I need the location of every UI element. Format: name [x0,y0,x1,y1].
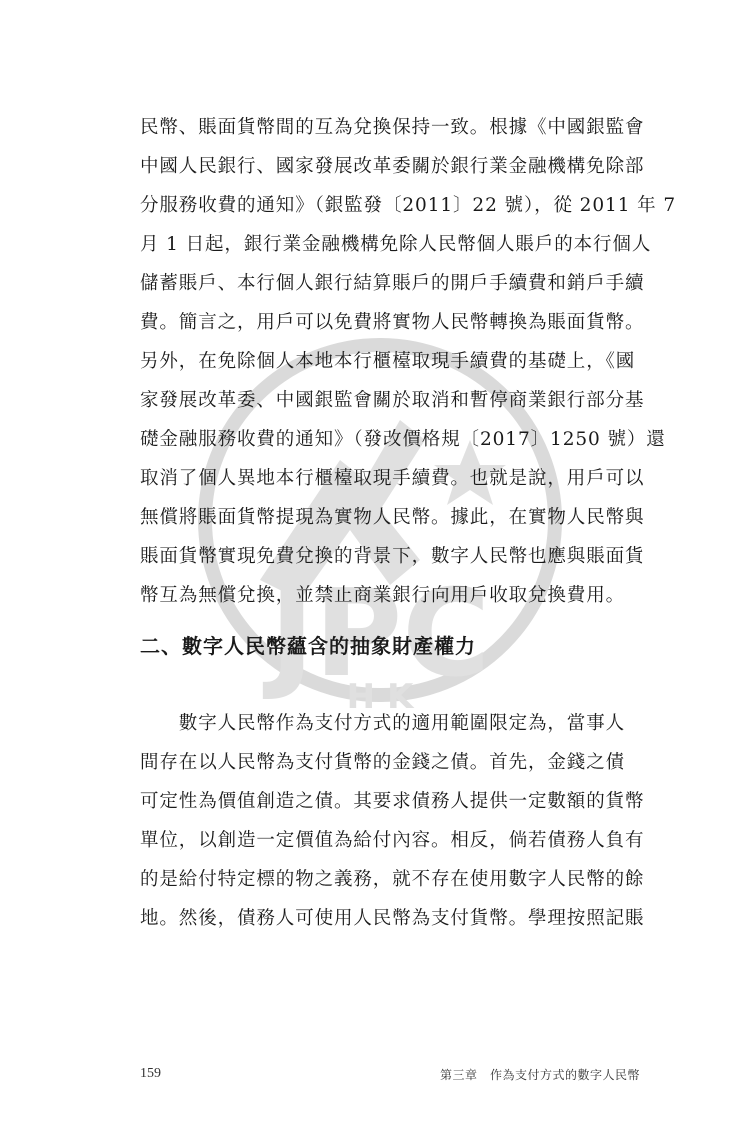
text-line: 另外，在免除個人本地本行櫃檯取現手續費的基礎上，《國 [140,342,640,381]
body-paragraph-1: 民幣、賬面貨幣間的互為兌換保持一致。根據《中國銀監會 中國人民銀行、國家發展改革… [140,108,640,615]
text-line: 中國人民銀行、國家發展改革委關於銀行業金融機構免除部 [140,147,640,186]
text-line: 無償將賬面貨幣提現為實物人民幣。據此，在實物人民幣與 [140,498,640,537]
text-line: 賬面貨幣實現免費兌換的背景下，數字人民幣也應與賬面貨 [140,537,640,576]
text-line: 可定性為價值創造之債。其要求債務人提供一定數額的貨幣 [140,782,640,821]
text-line: 費。簡言之，用戶可以免費將實物人民幣轉換為賬面貨幣。 [140,303,640,342]
text-line: 間存在以人民幣為支付貨幣的金錢之債。首先，金錢之債 [140,743,640,782]
text-line: 分服務收費的通知》（銀監發〔2011〕22 號），從 2011 年 7 [140,186,640,225]
text-line: 單位，以創造一定價值為給付內容。相反，倘若債務人負有 [140,821,640,860]
text-line: 儲蓄賬戶、本行個人銀行結算賬戶的開戶手續費和銷戶手續 [140,264,640,303]
text-line: 幣互為無償兌換，並禁止商業銀行向用戶收取兌換費用。 [140,576,640,615]
text-line: 家發展改革委、中國銀監會關於取消和暫停商業銀行部分基 [140,381,640,420]
text-line: 月 1 日起，銀行業金融機構免除人民幣個人賬戶的本行個人 [140,225,640,264]
section-heading: 二、數字人民幣蘊含的抽象財產權力 [140,630,476,659]
text-line: 數字人民幣作為支付方式的適用範圍限定為，當事人 [140,704,640,743]
text-line: 的是給付特定標的物之義務，就不存在使用數字人民幣的餘 [140,860,640,899]
running-header: 第三章 作為支付方式的數字人民幣 [440,1066,640,1083]
text-line: 民幣、賬面貨幣間的互為兌換保持一致。根據《中國銀監會 [140,108,640,147]
text-line: 礎金融服務收費的通知》（發改價格規〔2017〕1250 號）還 [140,420,640,459]
text-line: 地。然後，債務人可使用人民幣為支付貨幣。學理按照記賬 [140,899,640,938]
text-line: 取消了個人異地本行櫃檯取現手續費。也就是說，用戶可以 [140,459,640,498]
body-paragraph-2: 數字人民幣作為支付方式的適用範圍限定為，當事人 間存在以人民幣為支付貨幣的金錢之… [140,704,640,938]
page-number: 159 [140,1066,161,1082]
